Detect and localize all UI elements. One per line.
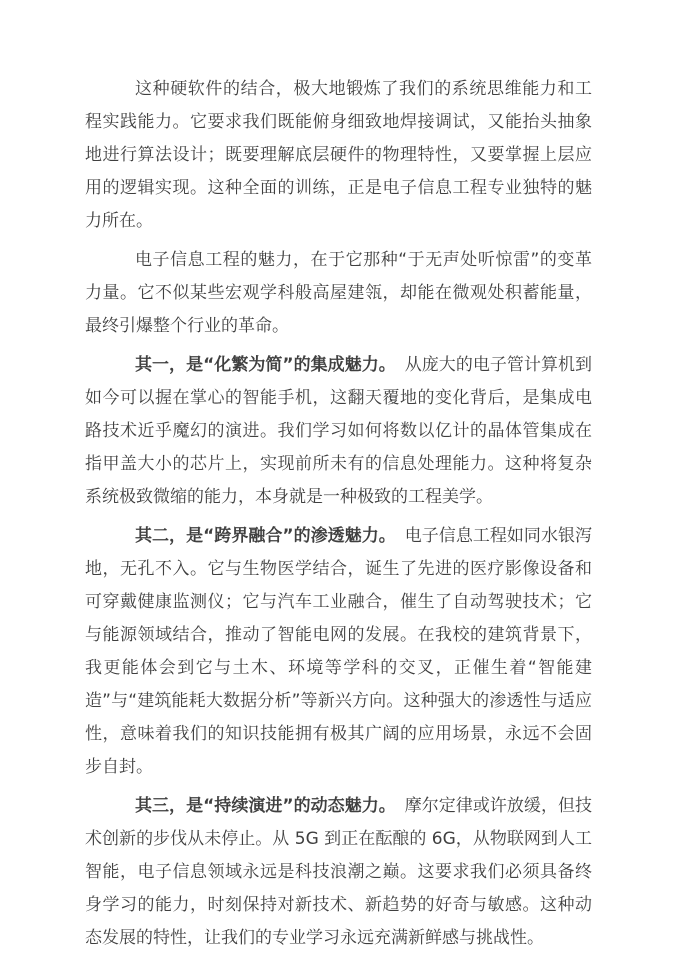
document-page: 这种硬软件的结合，极大地锻炼了我们的系统思维能力和工程实践能力。它要求我们既能俯…	[0, 0, 692, 980]
paragraph-lead-bold: 其二，是“跨界融合”的渗透魅力。	[135, 526, 396, 546]
paragraph-lead-bold: 其三，是“持续演进”的动态魅力。	[135, 796, 396, 816]
paragraph: 电子信息工程的魅力，在于它那种“于无声处听惊雷”的变革力量。它不似某些宏观学科般…	[85, 244, 592, 343]
paragraph-text: 电子信息工程如同水银泻地，无孔不入。它与生物医学结合，诞生了先进的医疗影像设备和…	[85, 526, 592, 777]
paragraph: 其一，是“化繁为简”的集成魅力。从庞大的电子管计算机到如今可以握在掌心的智能手机…	[85, 349, 592, 514]
paragraph-lead-bold: 其一，是“化繁为简”的集成魅力。	[135, 355, 396, 375]
document-body: 这种硬软件的结合，极大地锻炼了我们的系统思维能力和工程实践能力。它要求我们既能俯…	[85, 73, 592, 961]
paragraph-text: 摩尔定律或许放缓，但技术创新的步伐从未停止。从 5G 到正在酝酿的 6G，从物联…	[85, 796, 592, 948]
paragraph: 其二，是“跨界融合”的渗透魅力。电子信息工程如同水银泻地，无孔不入。它与生物医学…	[85, 520, 592, 784]
paragraph-text: 电子信息工程的魅力，在于它那种“于无声处听惊雷”的变革力量。它不似某些宏观学科般…	[85, 250, 592, 336]
paragraph: 其三，是“持续演进”的动态魅力。摩尔定律或许放缓，但技术创新的步伐从未停止。从 …	[85, 790, 592, 955]
paragraph-text: 从庞大的电子管计算机到如今可以握在掌心的智能手机，这翻天覆地的变化背后，是集成电…	[85, 355, 592, 507]
paragraph: 这种硬软件的结合，极大地锻炼了我们的系统思维能力和工程实践能力。它要求我们既能俯…	[85, 73, 592, 238]
paragraph-text: 这种硬软件的结合，极大地锻炼了我们的系统思维能力和工程实践能力。它要求我们既能俯…	[85, 79, 592, 231]
